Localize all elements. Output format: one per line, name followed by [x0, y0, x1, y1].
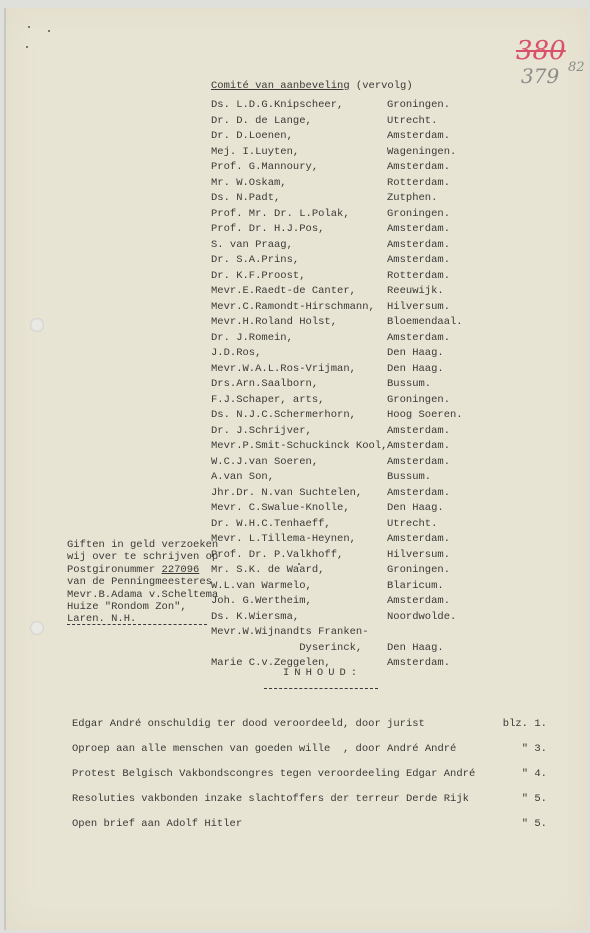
table-of-contents: Edgar André onschuldig ter dood veroorde… [72, 718, 475, 843]
committee-member: F.J.Schaper, arts,Groningen. [211, 393, 463, 409]
committee-member: Mevr.P.Smit-Schuckinck Kool,Amsterdam. [211, 439, 463, 455]
entry-page-number: 5. [534, 793, 547, 805]
entry-page-label: blz. [496, 718, 528, 730]
folio-number: 379 [521, 64, 559, 88]
member-name: Mevr. L.Tillema-Heynen, [211, 532, 387, 548]
member-city: Amsterdam. [387, 424, 450, 440]
member-name: Ds. N.Padt, [211, 191, 387, 207]
member-city: Bussum. [387, 470, 431, 486]
member-name: Prof. Mr. Dr. L.Polak, [211, 207, 387, 223]
member-name: Mevr. C.Swalue-Knolle, [211, 501, 387, 517]
member-city: Bloemendaal. [387, 315, 463, 331]
entry-page-ref: " 5. [496, 818, 576, 830]
folio-small-number: 82 [568, 60, 585, 75]
contents-entry: Protest Belgisch Vakbondscongres tegen v… [72, 768, 475, 793]
donation-line: Postgironummer [67, 564, 162, 576]
folio-crossed-out: 380 [516, 36, 566, 66]
member-city: Hoog Soeren. [387, 408, 463, 424]
entry-page-number: 4. [534, 768, 547, 780]
member-city: Rotterdam. [387, 269, 450, 285]
entry-page-label: " [496, 743, 528, 755]
contents-entry: Oproep aan alle menschen van goeden will… [72, 743, 475, 768]
member-city: Wageningen. [387, 145, 456, 161]
member-city: Groningen. [387, 393, 450, 409]
entry-title: Open brief aan Adolf Hitler [72, 818, 242, 830]
member-name: Mr. W.Oskam, [211, 176, 387, 192]
committee-member: Ds. N.J.C.Schermerhorn,Hoog Soeren. [211, 408, 463, 424]
member-city: Hilversum. [387, 300, 450, 316]
committee-member: Prof. Dr. H.J.Pos,Amsterdam. [211, 222, 463, 238]
member-name: Mr. S.K. de Waard, [211, 563, 387, 579]
member-city: Amsterdam. [387, 253, 450, 269]
member-name: Ds. N.J.C.Schermerhorn, [211, 408, 387, 424]
heading-suffix: (vervolg) [350, 80, 413, 92]
member-name: Dr. W.H.C.Tenhaeff, [211, 517, 387, 533]
member-name: F.J.Schaper, arts, [211, 393, 387, 409]
punch-hole [30, 318, 44, 332]
member-name: Drs.Arn.Saalborn, [211, 377, 387, 393]
committee-member: Prof. Dr. P.Valkhoff,Hilversum. [211, 548, 463, 564]
contents-title: INHOUD: [283, 667, 362, 679]
entry-page-ref: " 4. [496, 768, 576, 780]
committee-member: Dr. S.A.Prins,Amsterdam. [211, 253, 463, 269]
section-heading: Comité van aanbeveling (vervolg) [211, 80, 413, 92]
committee-member: Dr. J.Schrijver,Amsterdam. [211, 424, 463, 440]
contents-entry: Resoluties vakbonden inzake slachtoffers… [72, 793, 475, 818]
entry-title: Oproep aan alle menschen van goeden will… [72, 743, 456, 755]
committee-member: Mevr.W.Wijnandts Franken- [211, 625, 463, 641]
donation-line: wij over te schrijven op [67, 551, 218, 563]
heading-underlined: Comité van aanbeveling [211, 80, 350, 92]
member-name: Mevr.P.Smit-Schuckinck Kool, [211, 439, 387, 455]
committee-member: Prof. Mr. Dr. L.Polak,Groningen. [211, 207, 463, 223]
member-name: Mevr.C.Ramondt-Hirschmann, [211, 300, 387, 316]
member-city: Amsterdam. [387, 222, 450, 238]
member-name: Mevr.W.Wijnandts Franken- [211, 625, 387, 641]
contents-entry: Open brief aan Adolf Hitler" 5. [72, 818, 475, 843]
entry-title: Edgar André onschuldig ter dood veroorde… [72, 718, 425, 730]
committee-member: W.C.J.van Soeren,Amsterdam. [211, 455, 463, 471]
committee-member: Prof. G.Mannoury,Amsterdam. [211, 160, 463, 176]
member-city: Blaricum. [387, 579, 444, 595]
member-name: S. van Praag, [211, 238, 387, 254]
member-name: Dr. D. de Lange, [211, 114, 387, 130]
member-city: Groningen. [387, 563, 450, 579]
member-city: Rotterdam. [387, 176, 450, 192]
member-name: Joh. G.Wertheim, [211, 594, 387, 610]
member-city: Amsterdam. [387, 486, 450, 502]
member-city: Amsterdam. [387, 238, 450, 254]
member-city: Amsterdam. [387, 129, 450, 145]
member-name: W.C.J.van Soeren, [211, 455, 387, 471]
speck [26, 46, 28, 48]
donation-line: Giften in geld verzoeken [67, 539, 218, 551]
member-city: Reeuwijk. [387, 284, 444, 300]
committee-member: Dr. K.F.Proost,Rotterdam. [211, 269, 463, 285]
committee-member: J.D.Ros,Den Haag. [211, 346, 463, 362]
committee-member: Drs.Arn.Saalborn,Bussum. [211, 377, 463, 393]
entry-page-label: " [496, 768, 528, 780]
member-name: Dr. D.Loenen, [211, 129, 387, 145]
entry-page-number: 5. [534, 818, 547, 830]
committee-member: A.van Son,Bussum. [211, 470, 463, 486]
member-name: Dr. J.Schrijver, [211, 424, 387, 440]
committee-member: Mej. I.Luyten,Wageningen. [211, 145, 463, 161]
entry-page-label: " [496, 818, 528, 830]
member-city: Den Haag. [387, 501, 444, 517]
member-city: Amsterdam. [387, 160, 450, 176]
committee-member: Ds. N.Padt,Zutphen. [211, 191, 463, 207]
committee-member: Jhr.Dr. N.van Suchtelen,Amsterdam. [211, 486, 463, 502]
committee-member: Dr. D.Loenen,Amsterdam. [211, 129, 463, 145]
entry-page-number: 1. [534, 718, 547, 730]
committee-member: Mevr.W.A.L.Ros-Vrijman,Den Haag. [211, 362, 463, 378]
committee-member: Mevr.H.Roland Holst,Bloemendaal. [211, 315, 463, 331]
entry-page-ref: " 5. [496, 793, 576, 805]
committee-member: Dr. J.Romein,Amsterdam. [211, 331, 463, 347]
donation-note: Giften in geld verzoeken wij over te sch… [67, 539, 218, 626]
member-name: J.D.Ros, [211, 346, 387, 362]
committee-member: Dyserinck,Den Haag. [211, 641, 463, 657]
committee-member: Ds. K.Wiersma,Noordwolde. [211, 610, 463, 626]
committee-member: Dr. D. de Lange,Utrecht. [211, 114, 463, 130]
committee-member: Mevr.E.Raedt-de Canter,Reeuwijk. [211, 284, 463, 300]
member-city: Utrecht. [387, 517, 437, 533]
member-city: Groningen. [387, 98, 450, 114]
contents-entry: Edgar André onschuldig ter dood veroorde… [72, 718, 475, 743]
member-city: Den Haag. [387, 362, 444, 378]
member-city: Noordwolde. [387, 610, 456, 626]
member-name: Prof. Dr. H.J.Pos, [211, 222, 387, 238]
donation-line: van de Penningmeesteres [67, 576, 212, 588]
member-name: Dyserinck, [211, 641, 387, 657]
member-name: Dr. S.A.Prins, [211, 253, 387, 269]
member-city: Hilversum. [387, 548, 450, 564]
entry-page-ref: blz. 1. [496, 718, 576, 730]
committee-member: Ds. L.D.G.Knipscheer,Groningen. [211, 98, 463, 114]
member-city: Zutphen. [387, 191, 437, 207]
member-city: Amsterdam. [387, 594, 450, 610]
dashed-divider [264, 688, 378, 689]
member-name: Mevr.H.Roland Holst, [211, 315, 387, 331]
entry-title: Resoluties vakbonden inzake slachtoffers… [72, 793, 469, 805]
member-city: Amsterdam. [387, 532, 450, 548]
member-name: A.van Son, [211, 470, 387, 486]
speck [48, 30, 50, 32]
member-name: Ds. L.D.G.Knipscheer, [211, 98, 387, 114]
member-city: Groningen. [387, 207, 450, 223]
member-name: Jhr.Dr. N.van Suchtelen, [211, 486, 387, 502]
member-name: Mej. I.Luyten, [211, 145, 387, 161]
member-name: Prof. Dr. P.Valkhoff, [211, 548, 387, 564]
committee-member: Mr. S.K. de Waard,Groningen. [211, 563, 463, 579]
committee-member: W.L.van Warmelo,Blaricum. [211, 579, 463, 595]
committee-member: Joh. G.Wertheim,Amsterdam. [211, 594, 463, 610]
entry-page-number: 3. [534, 743, 547, 755]
member-name: Ds. K.Wiersma, [211, 610, 387, 626]
committee-member: Mevr. C.Swalue-Knolle,Den Haag. [211, 501, 463, 517]
member-city: Utrecht. [387, 114, 437, 130]
member-city: Amsterdam. [387, 656, 450, 672]
member-name: Mevr.E.Raedt-de Canter, [211, 284, 387, 300]
member-name: Prof. G.Mannoury, [211, 160, 387, 176]
committee-member: Mevr.C.Ramondt-Hirschmann,Hilversum. [211, 300, 463, 316]
member-name: W.L.van Warmelo, [211, 579, 387, 595]
member-city: Amsterdam. [387, 455, 450, 471]
giro-number: 227096 [162, 564, 200, 576]
member-city: Amsterdam. [387, 439, 450, 455]
donation-line: Huize "Rondom Zon", [67, 601, 187, 613]
donation-line: Mevr.B.Adama v.Scheltema [67, 589, 218, 601]
committee-member: Mevr. L.Tillema-Heynen,Amsterdam. [211, 532, 463, 548]
member-city: Den Haag. [387, 346, 444, 362]
committee-member: Dr. W.H.C.Tenhaeff,Utrecht. [211, 517, 463, 533]
committee-list: Ds. L.D.G.Knipscheer,Groningen.Dr. D. de… [211, 98, 463, 672]
speck [28, 26, 30, 28]
member-name: Dr. J.Romein, [211, 331, 387, 347]
entry-page-ref: " 3. [496, 743, 576, 755]
punch-hole [30, 621, 44, 635]
committee-member: S. van Praag,Amsterdam. [211, 238, 463, 254]
member-name: Dr. K.F.Proost, [211, 269, 387, 285]
member-name: Mevr.W.A.L.Ros-Vrijman, [211, 362, 387, 378]
entry-page-label: " [496, 793, 528, 805]
member-city: Den Haag. [387, 641, 444, 657]
member-city: Amsterdam. [387, 331, 450, 347]
dashed-divider [67, 624, 207, 625]
committee-member: Mr. W.Oskam,Rotterdam. [211, 176, 463, 192]
member-city: Bussum. [387, 377, 431, 393]
entry-title: Protest Belgisch Vakbondscongres tegen v… [72, 768, 475, 780]
